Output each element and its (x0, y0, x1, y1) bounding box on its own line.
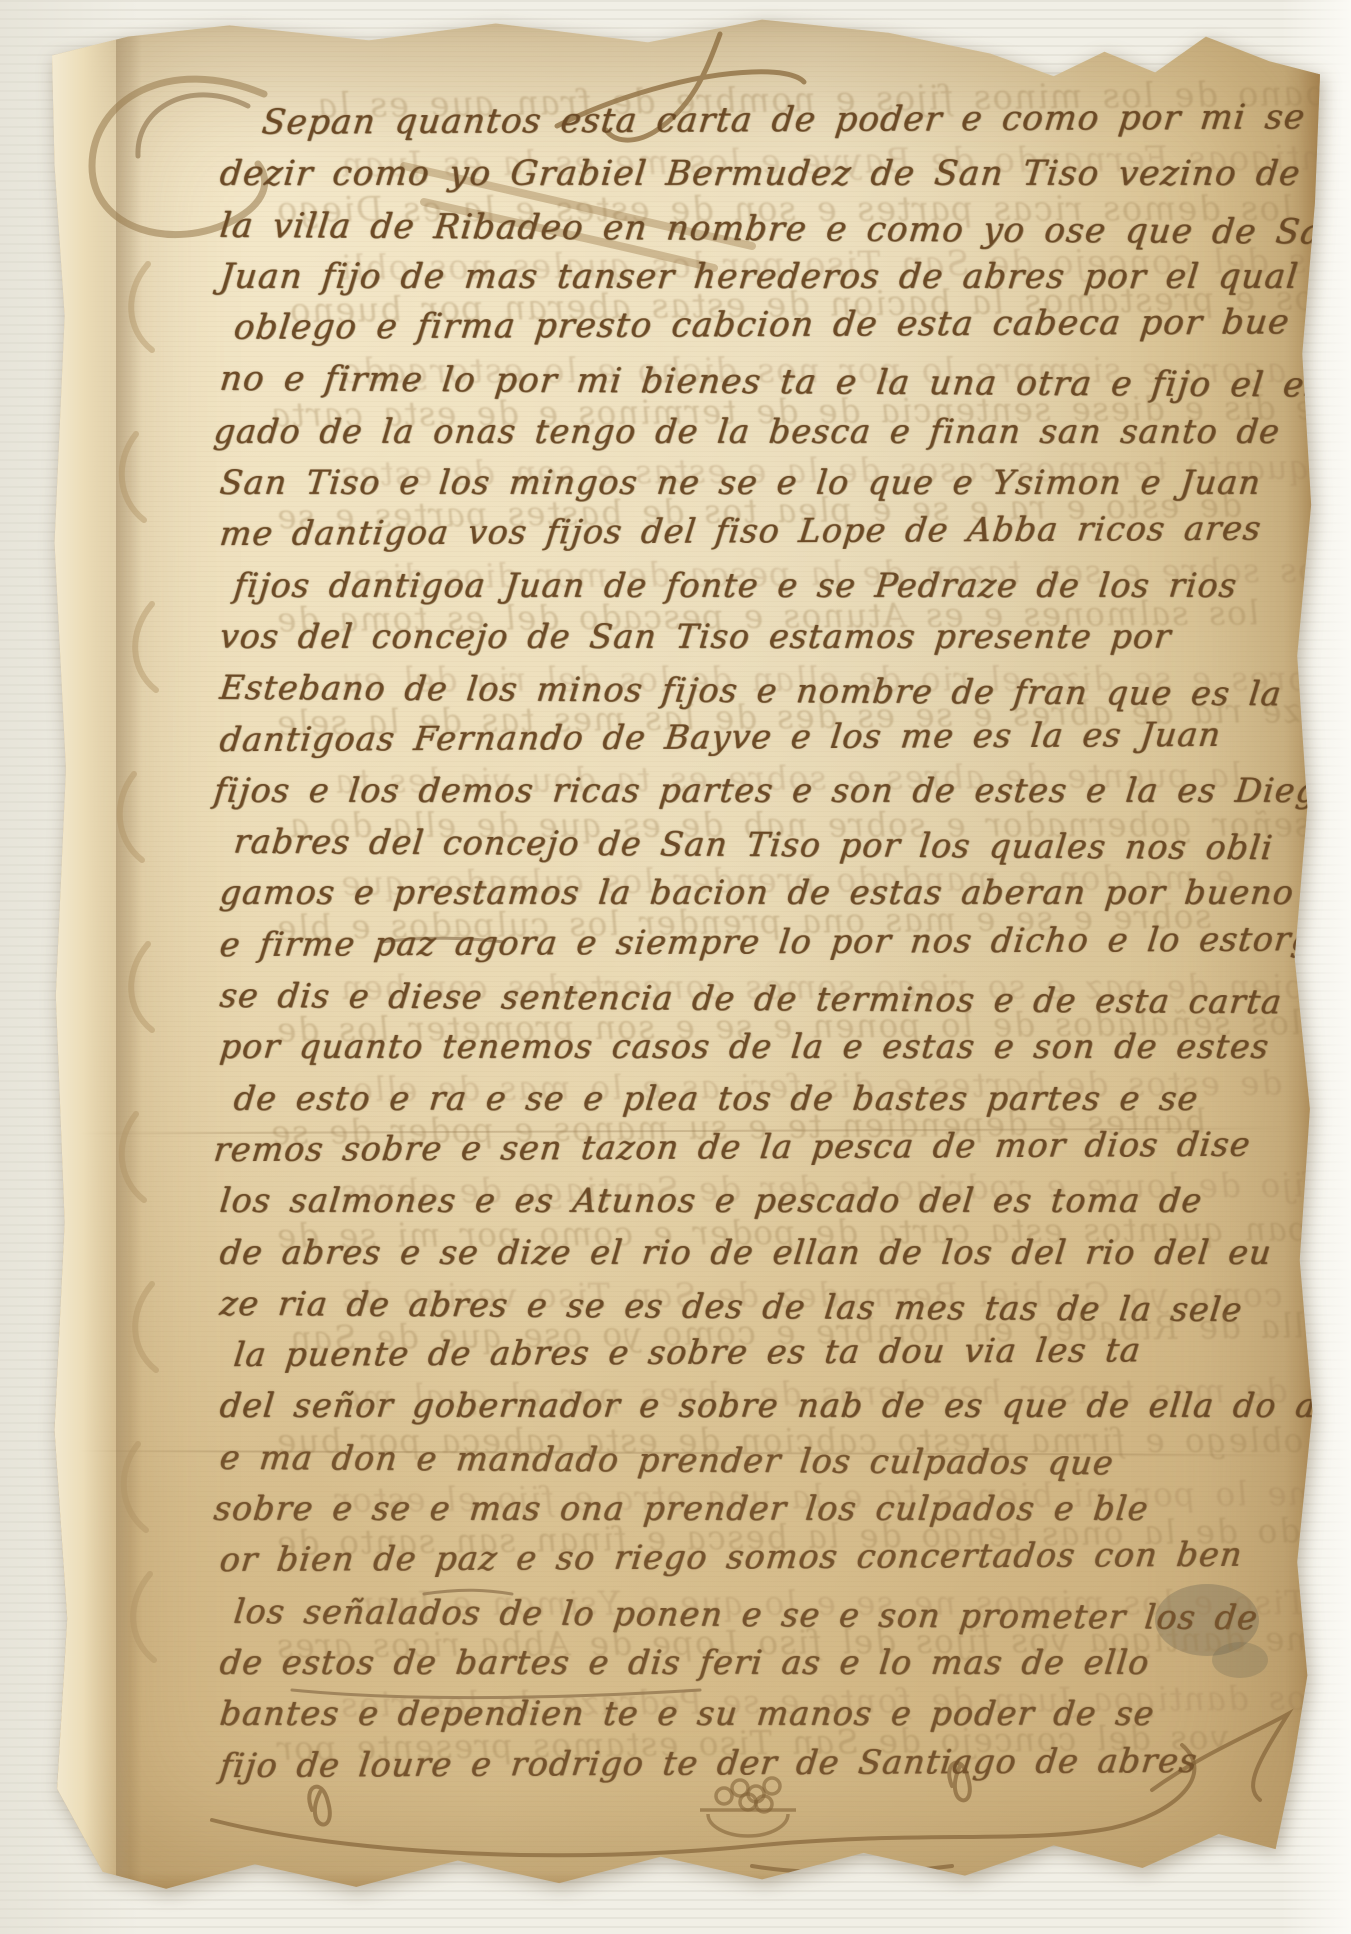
manuscript-text-block: Sepan quantos esta carta de poder e como… (220, 98, 1300, 1791)
deckle-edge-bottom (52, 1872, 1320, 1902)
page-curl-shadow (116, 14, 142, 1902)
dark-ink-stain (977, 16, 1052, 50)
paper-shadow-wrap: Sepan quantos esta carta de poder e como… (0, 0, 1351, 1934)
manuscript-paper: Sepan quantos esta carta de poder e como… (52, 14, 1320, 1902)
scanned-manuscript-page: Sepan quantos esta carta de poder e como… (0, 0, 1351, 1934)
manuscript-line: fijo de loure e rodrigo te der de Santia… (217, 1734, 1304, 1791)
